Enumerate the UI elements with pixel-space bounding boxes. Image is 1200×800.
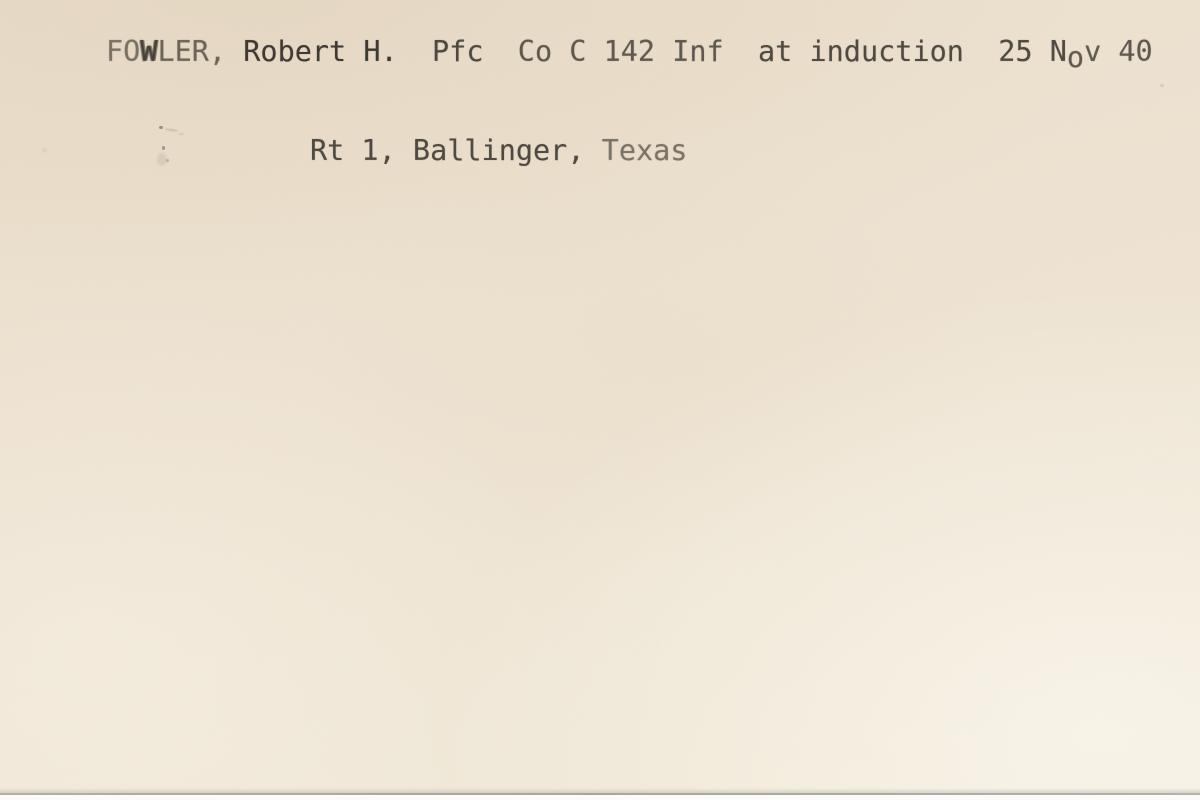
given-name: Robert H.: [226, 35, 398, 68]
address-state: Texas: [602, 134, 688, 167]
month-initial: N: [1050, 35, 1067, 68]
month-rest: v: [1084, 35, 1118, 68]
index-card: FOWLER, Robert H. Pfc Co C 142 Inf at in…: [0, 0, 1200, 800]
address-city: Ballinger,: [413, 134, 602, 167]
surname-fragment-1: FO: [106, 35, 140, 68]
surname-overstrike-letter: W: [140, 35, 157, 68]
typewritten-line-1: FOWLER, Robert H. Pfc Co C 142 Inf at in…: [3, 2, 1193, 101]
date-day: 25: [964, 35, 1050, 68]
address-route: Rt 1,: [310, 134, 413, 167]
card-bottom-shadow: [0, 788, 1200, 793]
unit: Co C 142 Inf: [483, 35, 723, 68]
surname-fragment-2: LER,: [157, 35, 226, 68]
scanner-background-strip: [0, 795, 1200, 800]
date-year: 40: [1118, 35, 1152, 68]
induction-note: at induction: [724, 35, 964, 68]
typewritten-line-2: Rt 1, Ballinger, Texas: [207, 101, 1193, 200]
month-subscript-letter: o: [1067, 41, 1084, 74]
card-bottom-edge-line: [0, 793, 1200, 795]
rank: Pfc: [398, 35, 484, 68]
typewritten-text-block: FOWLER, Robert H. Pfc Co C 142 Inf at in…: [3, 2, 1193, 200]
